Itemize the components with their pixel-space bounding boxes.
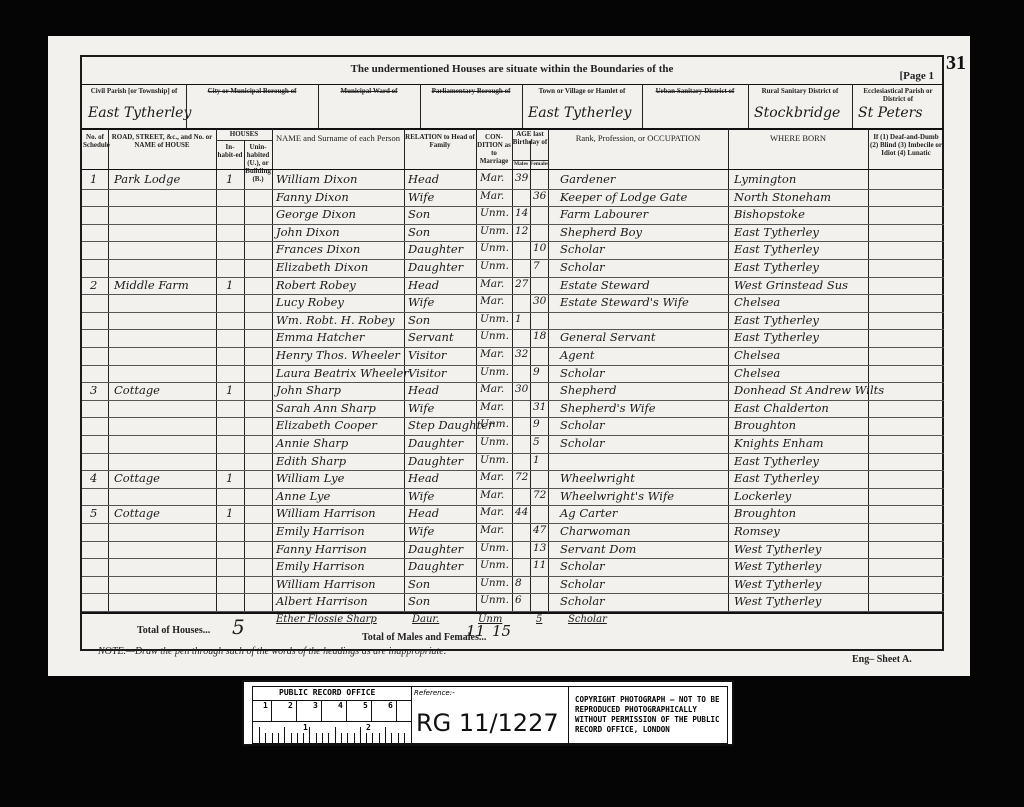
person-name: Albert Harrison: [276, 594, 368, 608]
table-row: 3Cottage1John SharpHeadMar.30ShepherdDon…: [82, 382, 944, 400]
male-age: 30: [515, 383, 528, 395]
table-row: Sarah Ann SharpWifeMar.31Shepherd's Wife…: [82, 400, 944, 418]
marital-condition: Unm.: [480, 207, 509, 219]
occupation: Wheelwright: [560, 471, 635, 485]
relation: Head: [408, 172, 439, 186]
boundary-label: Parliamentary Borough of: [422, 87, 520, 95]
female-age: 9: [533, 366, 540, 378]
birthplace: West Tytherley: [734, 577, 821, 591]
marital-condition: Mar.: [480, 506, 504, 518]
relation: Son: [408, 207, 430, 221]
schedule-number: 1: [90, 172, 97, 186]
relation: Wife: [408, 190, 434, 204]
schedule-number: 4: [90, 471, 97, 485]
table-row: Emma HatcherServantUnm.18General Servant…: [82, 329, 944, 347]
relation: Wife: [408, 401, 434, 415]
relation: Daughter: [408, 542, 463, 556]
page-label: [Page 1: [899, 70, 934, 82]
female-age: 36: [533, 190, 546, 202]
table-row: Emily HarrisonDaughterUnm.11ScholarWest …: [82, 558, 944, 576]
relation: Daughter: [408, 559, 463, 573]
house-name: Middle Farm: [114, 278, 189, 292]
marital-condition: Unm.: [480, 418, 509, 430]
table-row: William HarrisonSonUnm.8ScholarWest Tyth…: [82, 576, 944, 594]
relation: Daughter: [408, 260, 463, 274]
table-row: John DixonSonUnm.12Shepherd BoyEast Tyth…: [82, 224, 944, 242]
person-name: Elizabeth Cooper: [276, 418, 377, 432]
reference-label: Reference:-: [414, 689, 455, 697]
relation: Son: [408, 313, 430, 327]
birthplace: East Tytherley: [734, 330, 819, 344]
male-age: 72: [515, 471, 528, 483]
header-condition: CON-DITION as to Marriage: [477, 133, 511, 165]
person-name: Henry Thos. Wheeler: [276, 348, 400, 362]
relation: Visitor: [408, 366, 446, 380]
female-age: 13: [533, 542, 546, 554]
occupation: Farm Labourer: [560, 207, 648, 221]
ruler-cm-label: 2: [288, 701, 293, 710]
person-name: Sarah Ann Sharp: [276, 401, 376, 415]
male-age: 39: [515, 172, 528, 184]
extra-name: Ether Flossie Sharp: [276, 614, 377, 625]
occupation: Ag Carter: [560, 506, 617, 520]
occupation: Charwoman: [560, 524, 631, 538]
occupation: Gardener: [560, 172, 615, 186]
extra-occupation: Scholar: [568, 614, 607, 625]
birthplace: East Tytherley: [734, 242, 819, 256]
person-name: Elizabeth Dixon: [276, 260, 368, 274]
table-row: Annie SharpDaughterUnm.5ScholarKnights E…: [82, 435, 944, 453]
marital-condition: Mar.: [480, 489, 504, 501]
boundary-label: Municipal Ward of: [320, 87, 418, 95]
census-sheet: The undermentioned Houses are situate wi…: [80, 55, 944, 651]
inhabited-count: 1: [226, 278, 233, 292]
relation: Wife: [408, 295, 434, 309]
female-age: 7: [533, 260, 540, 272]
inhabited-count: 1: [226, 172, 233, 186]
birthplace: North Stoneham: [734, 190, 831, 204]
house-name: Cottage: [114, 506, 160, 520]
female-age: 30: [533, 295, 546, 307]
ruler-inch-label: 1: [303, 723, 308, 732]
female-age: 72: [533, 489, 546, 501]
table-row: Anne LyeWifeMar.72Wheelwright's WifeLock…: [82, 488, 944, 506]
female-age: 10: [533, 242, 546, 254]
relation: Servant: [408, 330, 454, 344]
birthplace: Lymington: [734, 172, 796, 186]
schedule-number: 2: [90, 278, 97, 292]
schedule-number: 3: [90, 383, 97, 397]
person-name: Lucy Robey: [276, 295, 344, 309]
birthplace: West Tytherley: [734, 559, 821, 573]
marital-condition: Unm.: [480, 436, 509, 448]
relation: Son: [408, 594, 430, 608]
boundary-label: City or Municipal Borough of: [188, 87, 316, 95]
table-row: Edith SharpDaughterUnm.1East Tytherley: [82, 453, 944, 471]
marital-condition: Unm.: [480, 594, 509, 606]
header-born: WHERE BORN: [729, 133, 867, 143]
marital-condition: Unm.: [480, 260, 509, 272]
birthplace: Chelsea: [734, 348, 780, 362]
inhabited-count: 1: [226, 506, 233, 520]
female-age: 1: [533, 454, 540, 466]
person-name: George Dixon: [276, 207, 356, 221]
occupation: Servant Dom: [560, 542, 636, 556]
person-name: Edith Sharp: [276, 454, 346, 468]
table-row: Laura Beatrix WheelerVisitorUnm.9Scholar…: [82, 365, 944, 383]
header-name: NAME and Surname of each Person: [273, 133, 403, 143]
sheet-label: Eng– Sheet A.: [852, 654, 912, 665]
occupation: Shepherd's Wife: [560, 401, 656, 415]
marital-condition: Unm.: [480, 366, 509, 378]
ruler-cm-label: 3: [313, 701, 318, 710]
marital-condition: Mar.: [480, 172, 504, 184]
table-row: 1Park Lodge1William DixonHeadMar.39Garde…: [82, 171, 944, 189]
birthplace: East Tytherley: [734, 471, 819, 485]
age-header: AGE last Birthday of: [512, 130, 548, 146]
marital-condition: Unm.: [480, 313, 509, 325]
male-age: 32: [515, 348, 528, 360]
person-name: Anne Lye: [276, 489, 330, 503]
house-name: Cottage: [114, 383, 160, 397]
birthplace: Lockerley: [734, 489, 791, 503]
header-road: ROAD, STREET, &c., and No. or NAME of HO…: [109, 133, 215, 149]
header-relation: RELATION to Head of Family: [405, 133, 475, 149]
extra-female-age: 5: [536, 614, 542, 625]
male-age: 1: [515, 313, 522, 325]
person-name: Wm. Robt. H. Robey: [276, 313, 395, 327]
relation: Son: [408, 225, 430, 239]
note-text: NOTE.—Draw the pen through such of the w…: [98, 646, 446, 657]
birthplace: Broughton: [734, 418, 796, 432]
birthplace: Romsey: [734, 524, 780, 538]
occupation: Scholar: [560, 260, 605, 274]
marital-condition: Unm.: [480, 225, 509, 237]
page-stamp: 31: [946, 52, 966, 75]
table-row: Lucy RobeyWifeMar.30Estate Steward's Wif…: [82, 294, 944, 312]
sheet-heading: The undermentioned Houses are situate wi…: [82, 63, 942, 75]
header-inhabited: In-habit-ed: [217, 143, 243, 159]
person-name: Laura Beatrix Wheeler: [276, 366, 409, 380]
reference-box: Reference:- RG 11/1227: [410, 686, 568, 744]
female-age: 11: [533, 559, 546, 571]
birthplace: East Tytherley: [734, 225, 819, 239]
relation: Head: [408, 383, 439, 397]
relation: Daughter: [408, 436, 463, 450]
birthplace: East Tytherley: [734, 260, 819, 274]
office-name: PUBLIC RECORD OFFICE: [279, 688, 375, 697]
relation: Wife: [408, 489, 434, 503]
relation: Wife: [408, 524, 434, 538]
reference-value: RG 11/1227: [416, 709, 559, 737]
table-row: George DixonSonUnm.14Farm LabourerBishop…: [82, 206, 944, 224]
table-row: Elizabeth CooperStep DaughterUnm.9Schola…: [82, 417, 944, 435]
boundary-value: East Tytherley: [528, 105, 631, 121]
female-age: 18: [533, 330, 546, 342]
houses-header: HOUSES: [216, 130, 272, 138]
male-age: 14: [515, 207, 528, 219]
person-name: Annie Sharp: [276, 436, 348, 450]
occupation: Scholar: [560, 594, 605, 608]
birthplace: East Tytherley: [734, 454, 819, 468]
house-name: Park Lodge: [114, 172, 180, 186]
header-females: Females: [530, 161, 548, 167]
marital-condition: Mar.: [480, 348, 504, 360]
male-age: 6: [515, 594, 522, 606]
table-row: Emily HarrisonWifeMar.47CharwomanRomsey: [82, 523, 944, 541]
male-age: 12: [515, 225, 528, 237]
boundary-value: East Tytherley: [88, 105, 191, 121]
birthplace: East Tytherley: [734, 313, 819, 327]
header-schedule: No. of Schedule: [83, 133, 107, 149]
header-occupation: Rank, Profession, or OCCUPATION: [549, 133, 727, 143]
schedule-number: 5: [90, 506, 97, 520]
occupation: Scholar: [560, 436, 605, 450]
person-name: Robert Robey: [276, 278, 356, 292]
person-name: William Harrison: [276, 577, 376, 591]
table-row: 4Cottage1William LyeHeadMar.72Wheelwrigh…: [82, 470, 944, 488]
table-row: 5Cottage1William HarrisonHeadMar.44Ag Ca…: [82, 505, 944, 523]
table-row: Fanny HarrisonDaughterUnm.13Servant DomW…: [82, 541, 944, 559]
boundary-label: Urban Sanitary District of: [644, 87, 746, 95]
relation: Son: [408, 577, 430, 591]
birthplace: West Tytherley: [734, 542, 821, 556]
relation: Daughter: [408, 454, 463, 468]
header-infirmity: If (1) Deaf-and-Dumb (2) Blind (3) Imbec…: [869, 133, 943, 157]
birthplace: East Chalderton: [734, 401, 829, 415]
person-name: William Dixon: [276, 172, 357, 186]
female-age: 5: [533, 436, 540, 448]
relation: Head: [408, 506, 439, 520]
relation: Daughter: [408, 242, 463, 256]
female-age: 9: [533, 418, 540, 430]
ruler-cm-label: 6: [388, 701, 393, 710]
header-males: Males: [512, 161, 530, 167]
male-age: 44: [515, 506, 528, 518]
boundary-label: Rural Sanitary District of: [750, 87, 850, 95]
person-name: Emily Harrison: [276, 559, 365, 573]
archive-label: PUBLIC RECORD OFFICE 12345612 Reference:…: [242, 680, 734, 746]
occupation: Scholar: [560, 577, 605, 591]
birthplace: Bishopstoke: [734, 207, 805, 221]
birthplace: Broughton: [734, 506, 796, 520]
birthplace: West Grinstead Sus: [734, 278, 848, 292]
person-name: John Dixon: [276, 225, 340, 239]
occupation: Scholar: [560, 418, 605, 432]
copyright-box: COPYRIGHT PHOTOGRAPH – NOT TO BE REPRODU…: [568, 686, 728, 744]
male-age: 8: [515, 577, 522, 589]
inhabited-count: 1: [226, 383, 233, 397]
occupation: Estate Steward's Wife: [560, 295, 689, 309]
occupation: General Servant: [560, 330, 655, 344]
marital-condition: Mar.: [480, 383, 504, 395]
table-row: Wm. Robt. H. RobeySonUnm.1East Tytherley: [82, 312, 944, 330]
birthplace: Knights Enham: [734, 436, 824, 450]
boundary-label: Town or Village or Hamlet of: [524, 87, 640, 95]
relation: Visitor: [408, 348, 446, 362]
total-houses-label: Total of Houses...: [137, 625, 210, 636]
house-name: Cottage: [114, 471, 160, 485]
table-row: 2Middle Farm1Robert RobeyHeadMar.27Estat…: [82, 277, 944, 295]
female-age: 31: [533, 401, 546, 413]
occupation: Wheelwright's Wife: [560, 489, 674, 503]
inhabited-count: 1: [226, 471, 233, 485]
birthplace: Chelsea: [734, 295, 780, 309]
person-name: Fanny Dixon: [276, 190, 349, 204]
relation: Head: [408, 471, 439, 485]
marital-condition: Mar.: [480, 401, 504, 413]
marital-condition: Unm.: [480, 559, 509, 571]
female-age: 47: [533, 524, 546, 536]
extra-relation: Daur.: [412, 614, 439, 625]
ruler-inch-label: 2: [366, 723, 371, 732]
person-name: Emily Harrison: [276, 524, 365, 538]
male-age: 27: [515, 278, 528, 290]
marital-condition: Mar.: [480, 524, 504, 536]
person-name: John Sharp: [276, 383, 341, 397]
occupation: Shepherd Boy: [560, 225, 642, 239]
occupation: Scholar: [560, 366, 605, 380]
birthplace: West Tytherley: [734, 594, 821, 608]
birthplace: Chelsea: [734, 366, 780, 380]
occupation: Scholar: [560, 242, 605, 256]
marital-condition: Mar.: [480, 295, 504, 307]
total-houses-value: 5: [232, 615, 245, 639]
copyright-text: COPYRIGHT PHOTOGRAPH – NOT TO BE REPRODU…: [575, 695, 721, 735]
marital-condition: Unm.: [480, 242, 509, 254]
table-row: Henry Thos. WheelerVisitorMar.32AgentChe…: [82, 347, 944, 365]
boundary-label: Ecclesiastical Parish or District of: [854, 87, 942, 103]
marital-condition: Unm.: [480, 577, 509, 589]
person-name: William Lye: [276, 471, 344, 485]
occupation: Scholar: [560, 559, 605, 573]
occupation: Shepherd: [560, 383, 617, 397]
person-name: William Harrison: [276, 506, 376, 520]
boundary-value: St Peters: [858, 105, 923, 121]
marital-condition: Unm.: [480, 330, 509, 342]
occupation: Estate Steward: [560, 278, 650, 292]
marital-condition: Mar.: [480, 278, 504, 290]
person-name: Emma Hatcher: [276, 330, 364, 344]
ruler-cm-label: 1: [263, 701, 268, 710]
birthplace: Donhead St Andrew Wilts: [734, 383, 884, 397]
ruler-box: PUBLIC RECORD OFFICE 12345612: [252, 686, 412, 744]
marital-condition: Unm.: [480, 542, 509, 554]
boundary-value: Stockbridge: [754, 105, 840, 121]
extra-condition: Unm: [478, 614, 502, 625]
relation: Head: [408, 278, 439, 292]
table-row: Elizabeth DixonDaughterUnm.7ScholarEast …: [82, 259, 944, 277]
boundary-label: Civil Parish [or Township] of: [84, 87, 184, 95]
table-row: Albert HarrisonSonUnm.6ScholarWest Tythe…: [82, 593, 944, 611]
table-row: Fanny DixonWifeMar.36Keeper of Lodge Gat…: [82, 189, 944, 207]
occupation: Keeper of Lodge Gate: [560, 190, 687, 204]
occupation: Agent: [560, 348, 595, 362]
ruler-cm-label: 4: [338, 701, 343, 710]
person-name: Fanny Harrison: [276, 542, 367, 556]
person-name: Frances Dixon: [276, 242, 360, 256]
ruler-cm-label: 5: [363, 701, 368, 710]
marital-condition: Mar.: [480, 471, 504, 483]
table-row: Frances DixonDaughterUnm.10ScholarEast T…: [82, 241, 944, 259]
marital-condition: Mar.: [480, 190, 504, 202]
marital-condition: Unm.: [480, 454, 509, 466]
